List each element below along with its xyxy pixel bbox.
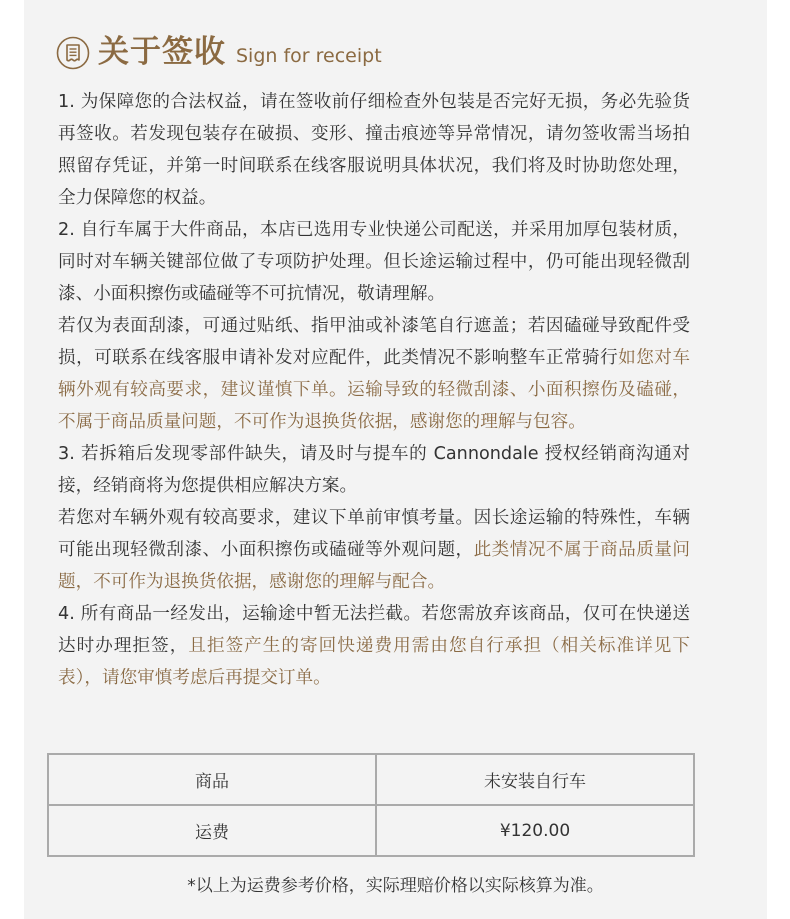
shipping-fee-table: 商品 未安装自行车 运费 ¥120.00 <box>47 753 695 857</box>
table-row: 运费 ¥120.00 <box>48 805 694 856</box>
footnote: *以上为运费参考价格，实际理赔价格以实际核算为准。 <box>24 871 767 896</box>
title-chinese: 关于签收 <box>98 32 226 72</box>
paragraph-3-text: 若仅为表面刮漆，可通过贴纸、指甲油或补漆笔自行遮盖；若因磕碰导致配件受损，可联系… <box>58 316 690 368</box>
paragraph-4: 3. 若拆箱后发现零部件缺失，请及时与提车的 Cannondale 授权经销商沟… <box>58 438 690 502</box>
paragraph-3: 若仅为表面刮漆，可通过贴纸、指甲油或补漆笔自行遮盖；若因磕碰导致配件受损，可联系… <box>58 310 690 438</box>
paragraph-5: 若您对车辆外观有较高要求，建议下单前审慎考量。因长途运输的特殊性，车辆可能出现轻… <box>58 502 690 598</box>
paragraph-4-text: 3. 若拆箱后发现零部件缺失，请及时与提车的 Cannondale 授权经销商沟… <box>58 444 690 496</box>
paragraph-6: 4. 所有商品一经发出，运输途中暂无法拦截。若您需放弃该商品，仅可在快递送达时办… <box>58 598 690 694</box>
title-english: Sign for receipt <box>236 41 382 71</box>
table-cell-value: 未安装自行车 <box>376 754 694 805</box>
paragraph-1-text: 1. 为保障您的合法权益，请在签收前仔细检查外包装是否完好无损，务必先验货再签收… <box>58 92 690 208</box>
receipt-icon <box>56 36 90 70</box>
paragraph-2: 2. 自行车属于大件商品，本店已选用专业快递公司配送，并采用加厚包装材质，同时对… <box>58 214 690 310</box>
table-cell-label: 运费 <box>48 805 376 856</box>
notice-body: 1. 为保障您的合法权益，请在签收前仔细检查外包装是否完好无损，务必先验货再签收… <box>58 86 690 694</box>
section-header: 关于签收 Sign for receipt <box>56 30 382 72</box>
table-cell-label: 商品 <box>48 754 376 805</box>
table-cell-value: ¥120.00 <box>376 805 694 856</box>
paragraph-2-text: 2. 自行车属于大件商品，本店已选用专业快递公司配送，并采用加厚包装材质，同时对… <box>58 220 690 304</box>
paragraph-1: 1. 为保障您的合法权益，请在签收前仔细检查外包装是否完好无损，务必先验货再签收… <box>58 86 690 214</box>
table-row: 商品 未安装自行车 <box>48 754 694 805</box>
